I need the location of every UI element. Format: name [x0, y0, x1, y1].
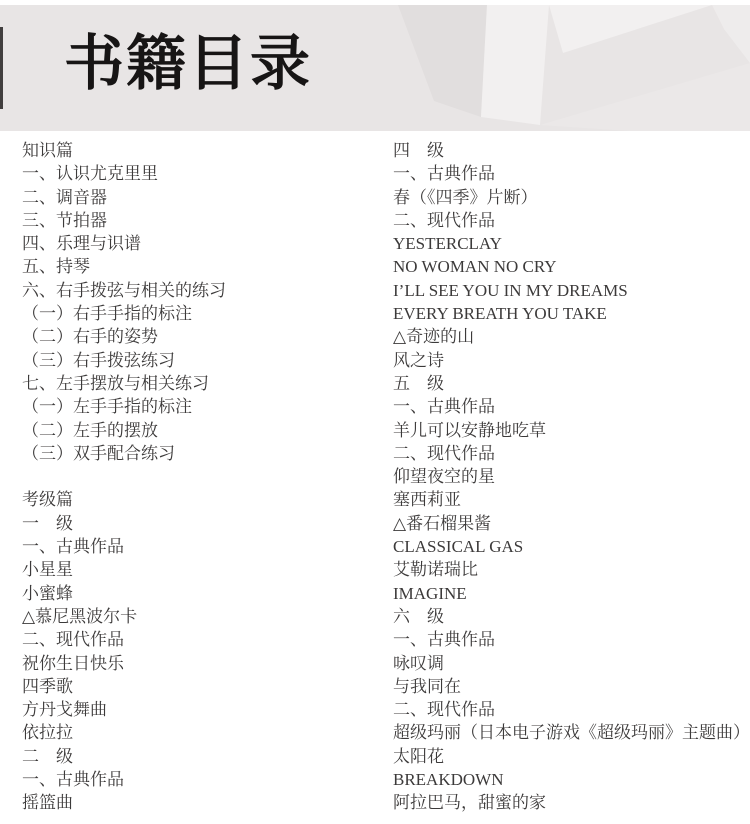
toc-line: 依拉拉 — [22, 721, 382, 744]
toc-line: 摇篮曲 — [22, 791, 382, 814]
toc-line: 一、古典作品 — [22, 535, 382, 558]
toc-line: （三）右手拨弦练习 — [22, 349, 382, 372]
toc-column-right: 四 级一、古典作品春（《四季》片断）二、现代作品YESTERCLAYNO WOM… — [393, 139, 750, 815]
toc-line: 知识篇 — [22, 139, 382, 162]
toc-line: 羊儿可以安静地吃草 — [393, 419, 750, 442]
toc-line: （三）双手配合练习 — [22, 442, 382, 465]
toc-line — [22, 465, 382, 488]
toc-line: 方丹戈舞曲 — [22, 698, 382, 721]
toc-line: IMAGINE — [393, 582, 750, 605]
toc-line: 太阳花 — [393, 745, 750, 768]
toc-line: 二、现代作品 — [22, 628, 382, 651]
toc-line: 春（《四季》片断） — [393, 186, 750, 209]
toc-line: 四 级 — [393, 139, 750, 162]
toc-line: 阿拉巴马，甜蜜的家 — [393, 791, 750, 814]
toc-line: YESTERCLAY — [393, 232, 750, 255]
toc-line: 一、古典作品 — [22, 768, 382, 791]
toc-line: 七、左手摆放与相关练习 — [22, 372, 382, 395]
toc-line: 祝你生日快乐 — [22, 652, 382, 675]
toc-line: NO WOMAN NO CRY — [393, 255, 750, 278]
toc-line: 小蜜蜂 — [22, 582, 382, 605]
toc-line: 二、现代作品 — [393, 209, 750, 232]
toc-line: （一）右手手指的标注 — [22, 302, 382, 325]
toc-line: BREAKDOWN — [393, 768, 750, 791]
toc-line: 仰望夜空的星 — [393, 465, 750, 488]
toc-line: 二、调音器 — [22, 186, 382, 209]
left-accent-bar — [0, 27, 3, 109]
toc-line: （二）右手的姿势 — [22, 325, 382, 348]
toc-line: 五、持琴 — [22, 255, 382, 278]
header-banner: 书籍目录 — [0, 5, 750, 131]
toc-line: 艾勒诺瑞比 — [393, 558, 750, 581]
toc-line: 一、古典作品 — [393, 162, 750, 185]
toc-line: △慕尼黑波尔卡 — [22, 605, 382, 628]
toc-line: 五 级 — [393, 372, 750, 395]
toc-line: 塞西莉亚 — [393, 488, 750, 511]
toc-line: 咏叹调 — [393, 652, 750, 675]
toc-column-left: 知识篇一、认识尤克里里二、调音器三、节拍器四、乐理与识谱五、持琴六、右手拨弦与相… — [22, 139, 382, 815]
toc-line: 一、认识尤克里里 — [22, 162, 382, 185]
toc-line: 六 级 — [393, 605, 750, 628]
toc-line: CLASSICAL GAS — [393, 535, 750, 558]
toc-line: 六、右手拨弦与相关的练习 — [22, 279, 382, 302]
toc-line: 三、节拍器 — [22, 209, 382, 232]
toc-line: 二、现代作品 — [393, 698, 750, 721]
toc-line: 二、现代作品 — [393, 442, 750, 465]
toc-line: 一、古典作品 — [393, 628, 750, 651]
toc-line: 一 级 — [22, 512, 382, 535]
toc-line: 风之诗 — [393, 349, 750, 372]
toc-line: 四季歌 — [22, 675, 382, 698]
page-title: 书籍目录 — [64, 31, 312, 97]
toc-line: 一、古典作品 — [393, 395, 750, 418]
toc-line: 考级篇 — [22, 488, 382, 511]
toc-line: △奇迹的山 — [393, 325, 750, 348]
toc-line: （二）左手的摆放 — [22, 419, 382, 442]
toc-line: 超级玛丽（日本电子游戏《超级玛丽》主题曲） — [393, 721, 750, 744]
toc-line: 二 级 — [22, 745, 382, 768]
toc-line: （一）左手手指的标注 — [22, 395, 382, 418]
toc-line: I’LL SEE YOU IN MY DREAMS — [393, 279, 750, 302]
toc-line: △番石榴果酱 — [393, 512, 750, 535]
toc-line: 四、乐理与识谱 — [22, 232, 382, 255]
toc-line: EVERY BREATH YOU TAKE — [393, 302, 750, 325]
toc-line: 小星星 — [22, 558, 382, 581]
toc-line: 与我同在 — [393, 675, 750, 698]
